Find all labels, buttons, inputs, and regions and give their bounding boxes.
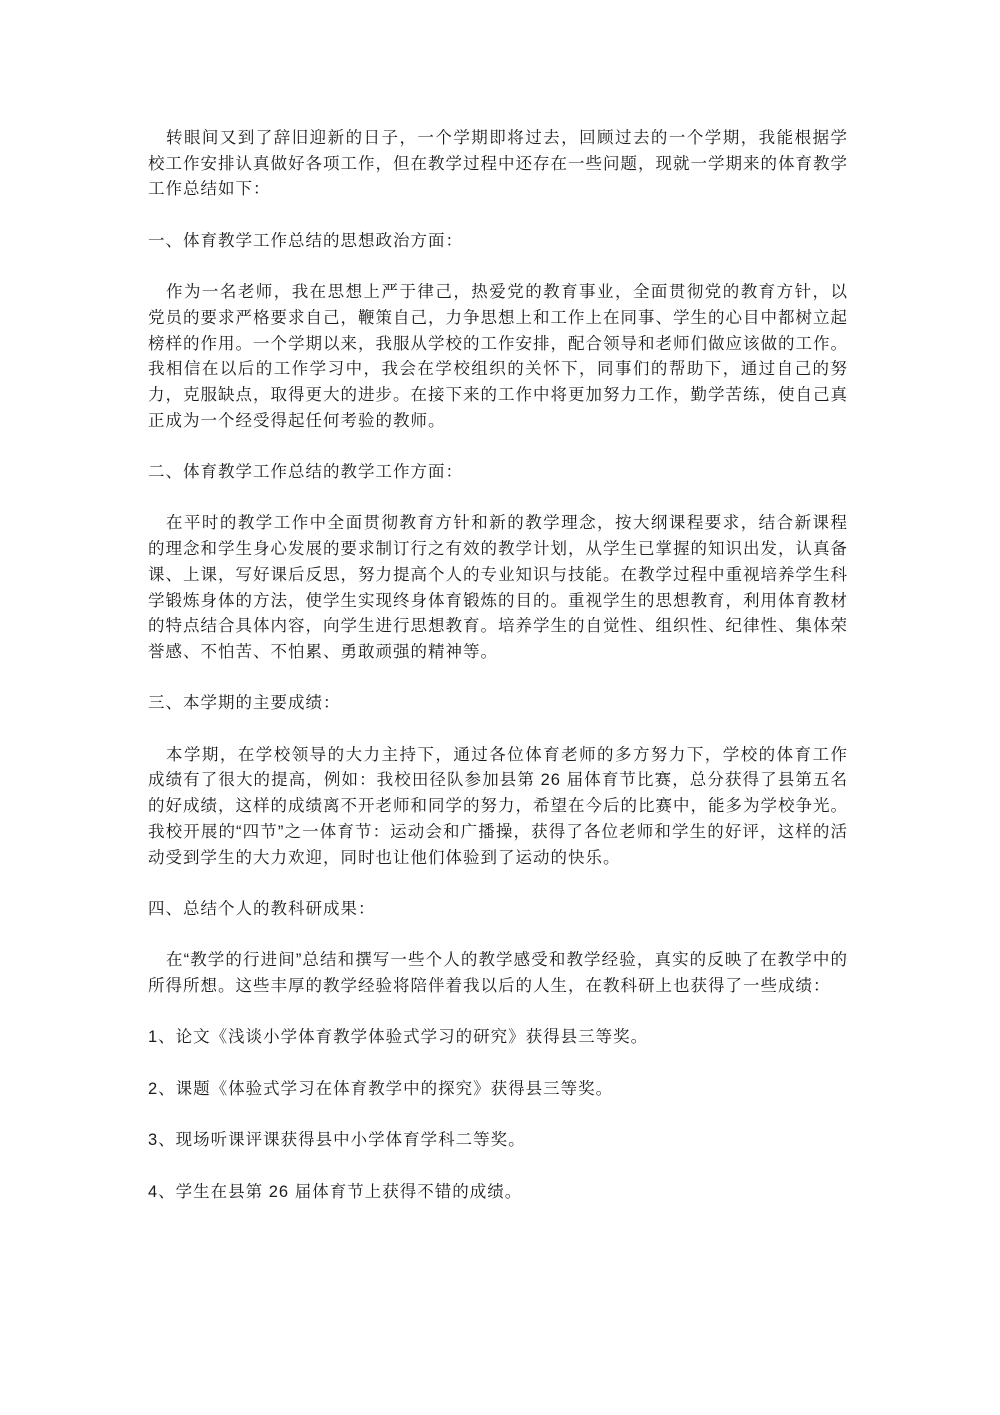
section-3-body: 本学期，在学校领导的大力主持下，通过各位体育老师的多方努力下，学校的体育工作成绩… xyxy=(148,743,848,872)
section-2-heading: 二、体育教学工作总结的教学工作方面： xyxy=(148,460,848,486)
document-body: 转眼间又到了辞旧迎新的日子，一个学期即将过去，回顾过去的一个学期，我能根据学校工… xyxy=(148,126,848,1205)
achievement-item-4: 4、学生在县第 26 届体育节上获得不错的成绩。 xyxy=(148,1180,848,1206)
achievement-item-2: 2、课题《体验式学习在体育教学中的探究》获得县三等奖。 xyxy=(148,1077,848,1103)
section-4-body: 在“教学的行进间”总结和撰写一些个人的教学感受和教学经验，真实的反映了在教学中的… xyxy=(148,948,848,999)
achievement-item-3: 3、现场听课评课获得县中小学体育学科二等奖。 xyxy=(148,1128,848,1154)
section-4-heading: 四、总结个人的教科研成果： xyxy=(148,897,848,923)
section-1-heading: 一、体育教学工作总结的思想政治方面： xyxy=(148,229,848,255)
document-page: 转眼间又到了辞旧迎新的日子，一个学期即将过去，回顾过去的一个学期，我能根据学校工… xyxy=(0,0,1000,1415)
section-1-body: 作为一名老师，我在思想上严于律己，热爱党的教育事业，全面贯彻党的教育方针，以党员… xyxy=(148,280,848,434)
intro-paragraph: 转眼间又到了辞旧迎新的日子，一个学期即将过去，回顾过去的一个学期，我能根据学校工… xyxy=(148,126,848,203)
achievement-item-1: 1、论文《浅谈小学体育教学体验式学习的研究》获得县三等奖。 xyxy=(148,1025,848,1051)
section-2-body: 在平时的教学工作中全面贯彻教育方针和新的教学理念，按大纲课程要求，结合新课程的理… xyxy=(148,511,848,665)
section-3-heading: 三、本学期的主要成绩： xyxy=(148,691,848,717)
